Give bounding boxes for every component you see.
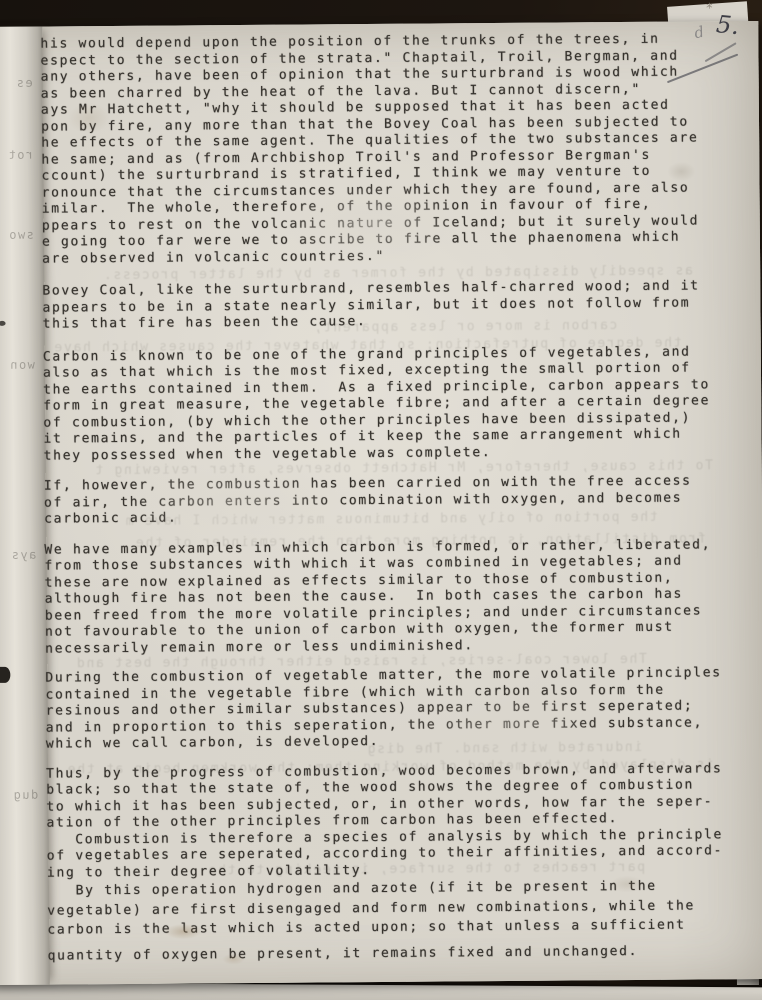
pencil-asterisk-mark: *	[706, 1, 713, 16]
curl-text-fragment: swo	[0, 227, 34, 243]
curl-text-fragment: rot	[0, 147, 33, 163]
paragraph-during-combustion: During the combustion of vegetable matte…	[45, 665, 752, 753]
page-number-underline-short	[705, 42, 737, 62]
typewritten-text-block: his would depend upon the position of th…	[40, 31, 753, 980]
paragraph-thus-progress: Thus, by the progress of combustion, woo…	[46, 761, 752, 833]
curl-text-fragment: ays	[0, 547, 36, 563]
paragraph-quote-trees-strata: his would depend upon the position of th…	[40, 31, 748, 268]
pencil-scribble: d	[692, 23, 705, 43]
page-number-annotation: * d 5.	[680, 1, 756, 92]
curl-text-fragment: es	[0, 75, 33, 91]
paragraph-by-this-operation: By this operation hydrogen and azote (if…	[47, 876, 753, 940]
underlying-page-bottom-edge	[0, 983, 762, 1000]
document-page: as speedily dissipated by the former as …	[0, 21, 762, 985]
curl-text-fragment: dug	[0, 787, 38, 803]
paragraph-if-however: If, however, the combustion has been car…	[44, 473, 750, 528]
paragraph-combustion-analysis: Combustion is therefore a species of ana…	[47, 827, 753, 882]
page-number: 5.	[715, 12, 740, 38]
paragraph-carbon-principles: Carbon is known to be one of the grand p…	[43, 344, 750, 465]
paragraph-many-examples: We have many examples in which carbon is…	[44, 537, 751, 658]
curl-text-fragment: won	[0, 357, 35, 373]
photo-background: as speedily dissipated by the former as …	[0, 0, 762, 1000]
paragraph-quantity-oxygen: quantity of oxygen be present, it remain…	[47, 941, 753, 966]
paragraph-bovey-coal: Bovey Coal, like the surturbrand, resemb…	[42, 278, 748, 333]
